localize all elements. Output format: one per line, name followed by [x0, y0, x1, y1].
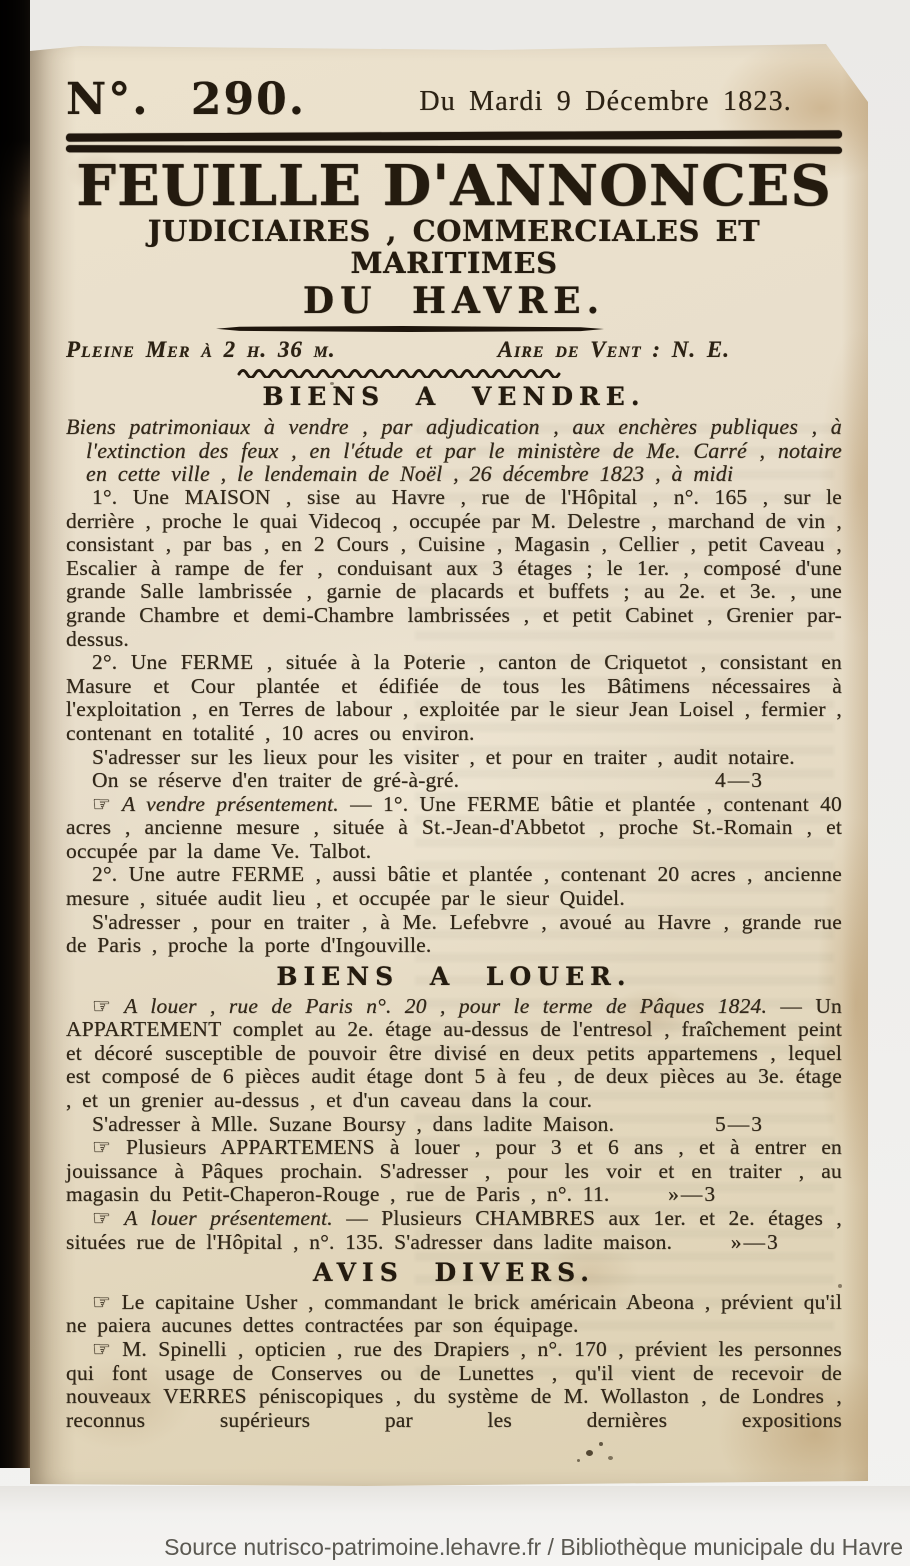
manicule-icon: ☞: [92, 1337, 111, 1361]
section-heading-biens-a-louer: BIENS A LOUER.: [66, 963, 842, 992]
section-heading-avis-divers: AVIS DIVERS.: [66, 1259, 842, 1288]
wind-direction: Aire de Vent : N. E.: [498, 337, 730, 363]
contact-boursy-text: S'adresser à Mlle. Suzane Boursy , dans …: [92, 1113, 614, 1137]
rule-top: [66, 130, 842, 141]
manicule-icon: ☞: [92, 1290, 111, 1314]
masthead-header-row: N°. 290. Du Mardi 9 Décembre 1823.: [66, 78, 842, 122]
ad-chambres-hopital: ☞ A louer présentement. — Plusieurs CHAM…: [66, 1207, 842, 1254]
ad-lead-italic: A louer , rue de Paris n°. 20 , pour le …: [124, 994, 767, 1018]
contact-boursy-line: S'adresser à Mlle. Suzane Boursy , dans …: [66, 1113, 842, 1137]
masthead-city-line: DU HAVRE.: [66, 282, 842, 321]
date-line: Du Mardi 9 Décembre 1823.: [419, 88, 792, 116]
gre-a-gre-text: On se réserve d'en traiter de gré-à-gré.: [92, 769, 459, 793]
manicule-icon: ☞: [92, 792, 111, 816]
masthead-title: FEUILLE D'ANNONCES: [66, 157, 842, 216]
manicule-icon: ☞: [92, 994, 111, 1018]
ad-ferme-20-acres: 2°. Une autre FERME , aussi bâtie et pla…: [66, 863, 842, 910]
tide-time: Pleine Mer à 2 h. 36 m.: [66, 337, 336, 363]
ad-vendre-presentement: ☞ A vendre présentement. — 1°. Une FERME…: [66, 793, 842, 864]
auction-intro-paragraph: Biens patrimoniaux à vendre , par adjudi…: [66, 415, 842, 486]
book-binding-edge: [0, 0, 30, 1468]
reference-number: 4—3: [715, 769, 842, 793]
avis-spinelli-text: M. Spinelli , opticien , rue des Drapier…: [66, 1337, 842, 1432]
source-attribution: Source nutrisco-patrimoine.lehavre.fr / …: [164, 1534, 903, 1561]
masthead-double-rule: [66, 132, 842, 153]
ad-ferme-poterie: 2°. Une FERME , située à la Poterie , ca…: [66, 651, 842, 745]
ad-plusieurs-appartemens: ☞ Plusieurs APPARTEMENS à louer , pour 3…: [66, 1136, 842, 1207]
avis-capitaine-usher: ☞ Le capitaine Usher , commandant le bri…: [66, 1291, 842, 1338]
newspaper-page: N°. 290. Du Mardi 9 Décembre 1823. FEUIL…: [30, 44, 868, 1486]
manicule-icon: ☞: [92, 1135, 111, 1159]
printed-content: N°. 290. Du Mardi 9 Décembre 1823. FEUIL…: [30, 44, 868, 1486]
reference-number: 5—3: [715, 1113, 842, 1137]
ad-appartemens-text: Plusieurs APPARTEMENS à louer , pour 3 e…: [66, 1135, 842, 1206]
ad-lead-italic: A louer présentement.: [124, 1206, 333, 1230]
manicule-icon: ☞: [92, 1206, 111, 1230]
contact-notaire-line: S'adresser sur les lieux pour les visite…: [66, 746, 842, 770]
wavy-rule: [236, 368, 564, 378]
ornament-tapered-rule: [216, 326, 604, 332]
ad-lead-italic: A vendre présentement.: [122, 792, 339, 816]
gre-a-gre-line: On se réserve d'en traiter de gré-à-gré.…: [66, 769, 842, 793]
masthead-subtitle: JUDICIAIRES , COMMERCIALES ET MARITIMES: [66, 216, 842, 280]
reference-number: »—3: [731, 1230, 780, 1254]
avis-usher-text: Le capitaine Usher , commandant le brick…: [66, 1290, 842, 1338]
ad-appartement-rue-de-paris: ☞ A louer , rue de Paris n°. 20 , pour l…: [66, 995, 842, 1113]
issue-number: N°. 290.: [66, 78, 306, 122]
scan-footer-band: Source nutrisco-patrimoine.lehavre.fr / …: [0, 1486, 910, 1566]
ad-maison-havre: 1°. Une MAISON , sise au Havre , rue de …: [66, 486, 842, 651]
section-heading-biens-a-vendre: BIENS A VENDRE.: [66, 383, 842, 412]
reference-number: »—3: [668, 1182, 717, 1206]
avis-spinelli-opticien: ☞ M. Spinelli , opticien , rue des Drapi…: [66, 1338, 842, 1432]
contact-lefebvre-line: S'adresser , pour en traiter , à Me. Lef…: [66, 911, 842, 958]
tide-wind-row: Pleine Mer à 2 h. 36 m. Aire de Vent : N…: [66, 337, 842, 363]
